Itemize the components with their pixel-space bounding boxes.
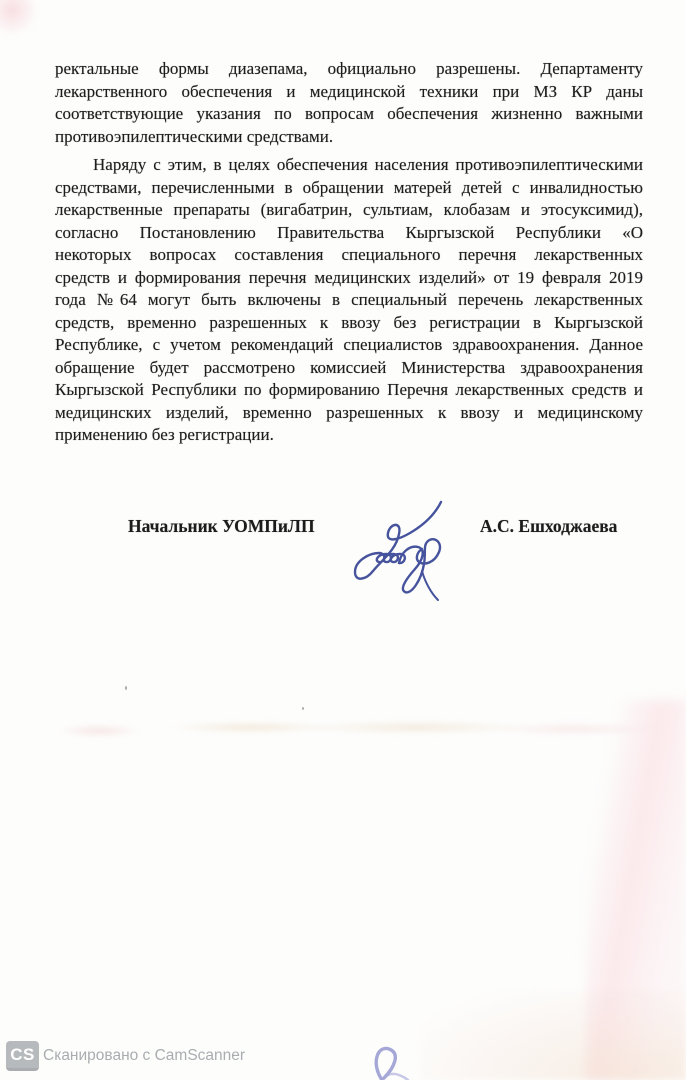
text-line: обращение будет рассмотрено комиссией Ми… <box>55 357 643 380</box>
text-line: соответствующие указания по вопросам обе… <box>55 103 643 126</box>
camscanner-watermark: CS Сканировано с CamScanner <box>6 1041 245 1071</box>
text-line: средствами, перечисленными в обращении м… <box>55 177 643 200</box>
signatory-name: А.С. Ешходжаева <box>480 516 617 537</box>
scanned-document-page: ректальные формы диазепама, официально р… <box>0 0 686 1080</box>
text-line: средств, временно разрешенных к ввозу бе… <box>55 312 643 335</box>
camscanner-logo-icon: CS <box>6 1041 39 1071</box>
text-line: некоторых вопросах составления специальн… <box>55 244 643 267</box>
text-line: Кыргызской Республики по формированию Пе… <box>55 379 643 402</box>
text-line: лекарственные препараты (вигабатрин, сул… <box>55 199 643 222</box>
text-line: противоэпилептическими средствами. <box>55 126 643 149</box>
handwritten-signature-icon <box>342 496 462 604</box>
text-line: лекарственного обеспечения и медицинской… <box>55 81 643 104</box>
text-line: согласно Постановлению Правительства Кыр… <box>55 222 643 245</box>
text-line: Республике, с учетом рекомендаций специа… <box>55 334 643 357</box>
partial-signature-stroke-icon <box>334 1040 464 1080</box>
scan-crease-band <box>20 712 680 746</box>
text-line: Наряду с этим, в целях обеспечения насел… <box>55 154 643 177</box>
text-line: применению без регистрации. <box>55 424 643 447</box>
camscanner-label: Сканировано с CamScanner <box>43 1047 245 1065</box>
scan-speck <box>302 707 304 710</box>
text-line: медицинских изделий, временно разрешенны… <box>55 402 643 425</box>
scan-speck <box>125 686 127 690</box>
signatory-title: Начальник УОМПиЛП <box>128 516 315 537</box>
text-line: года №64 могут быть включены в специальн… <box>55 289 643 312</box>
text-line: ректальные формы диазепама, официально р… <box>55 58 643 81</box>
text-line: средств и формирования перечня медицинск… <box>55 267 643 290</box>
paragraph-2: Наряду с этим, в целях обеспечения насел… <box>55 154 643 447</box>
scan-smudge-top-left <box>0 0 38 36</box>
document-body: ректальные формы диазепама, официально р… <box>55 58 643 447</box>
paragraph-1: ректальные формы диазепама, официально р… <box>55 58 643 148</box>
